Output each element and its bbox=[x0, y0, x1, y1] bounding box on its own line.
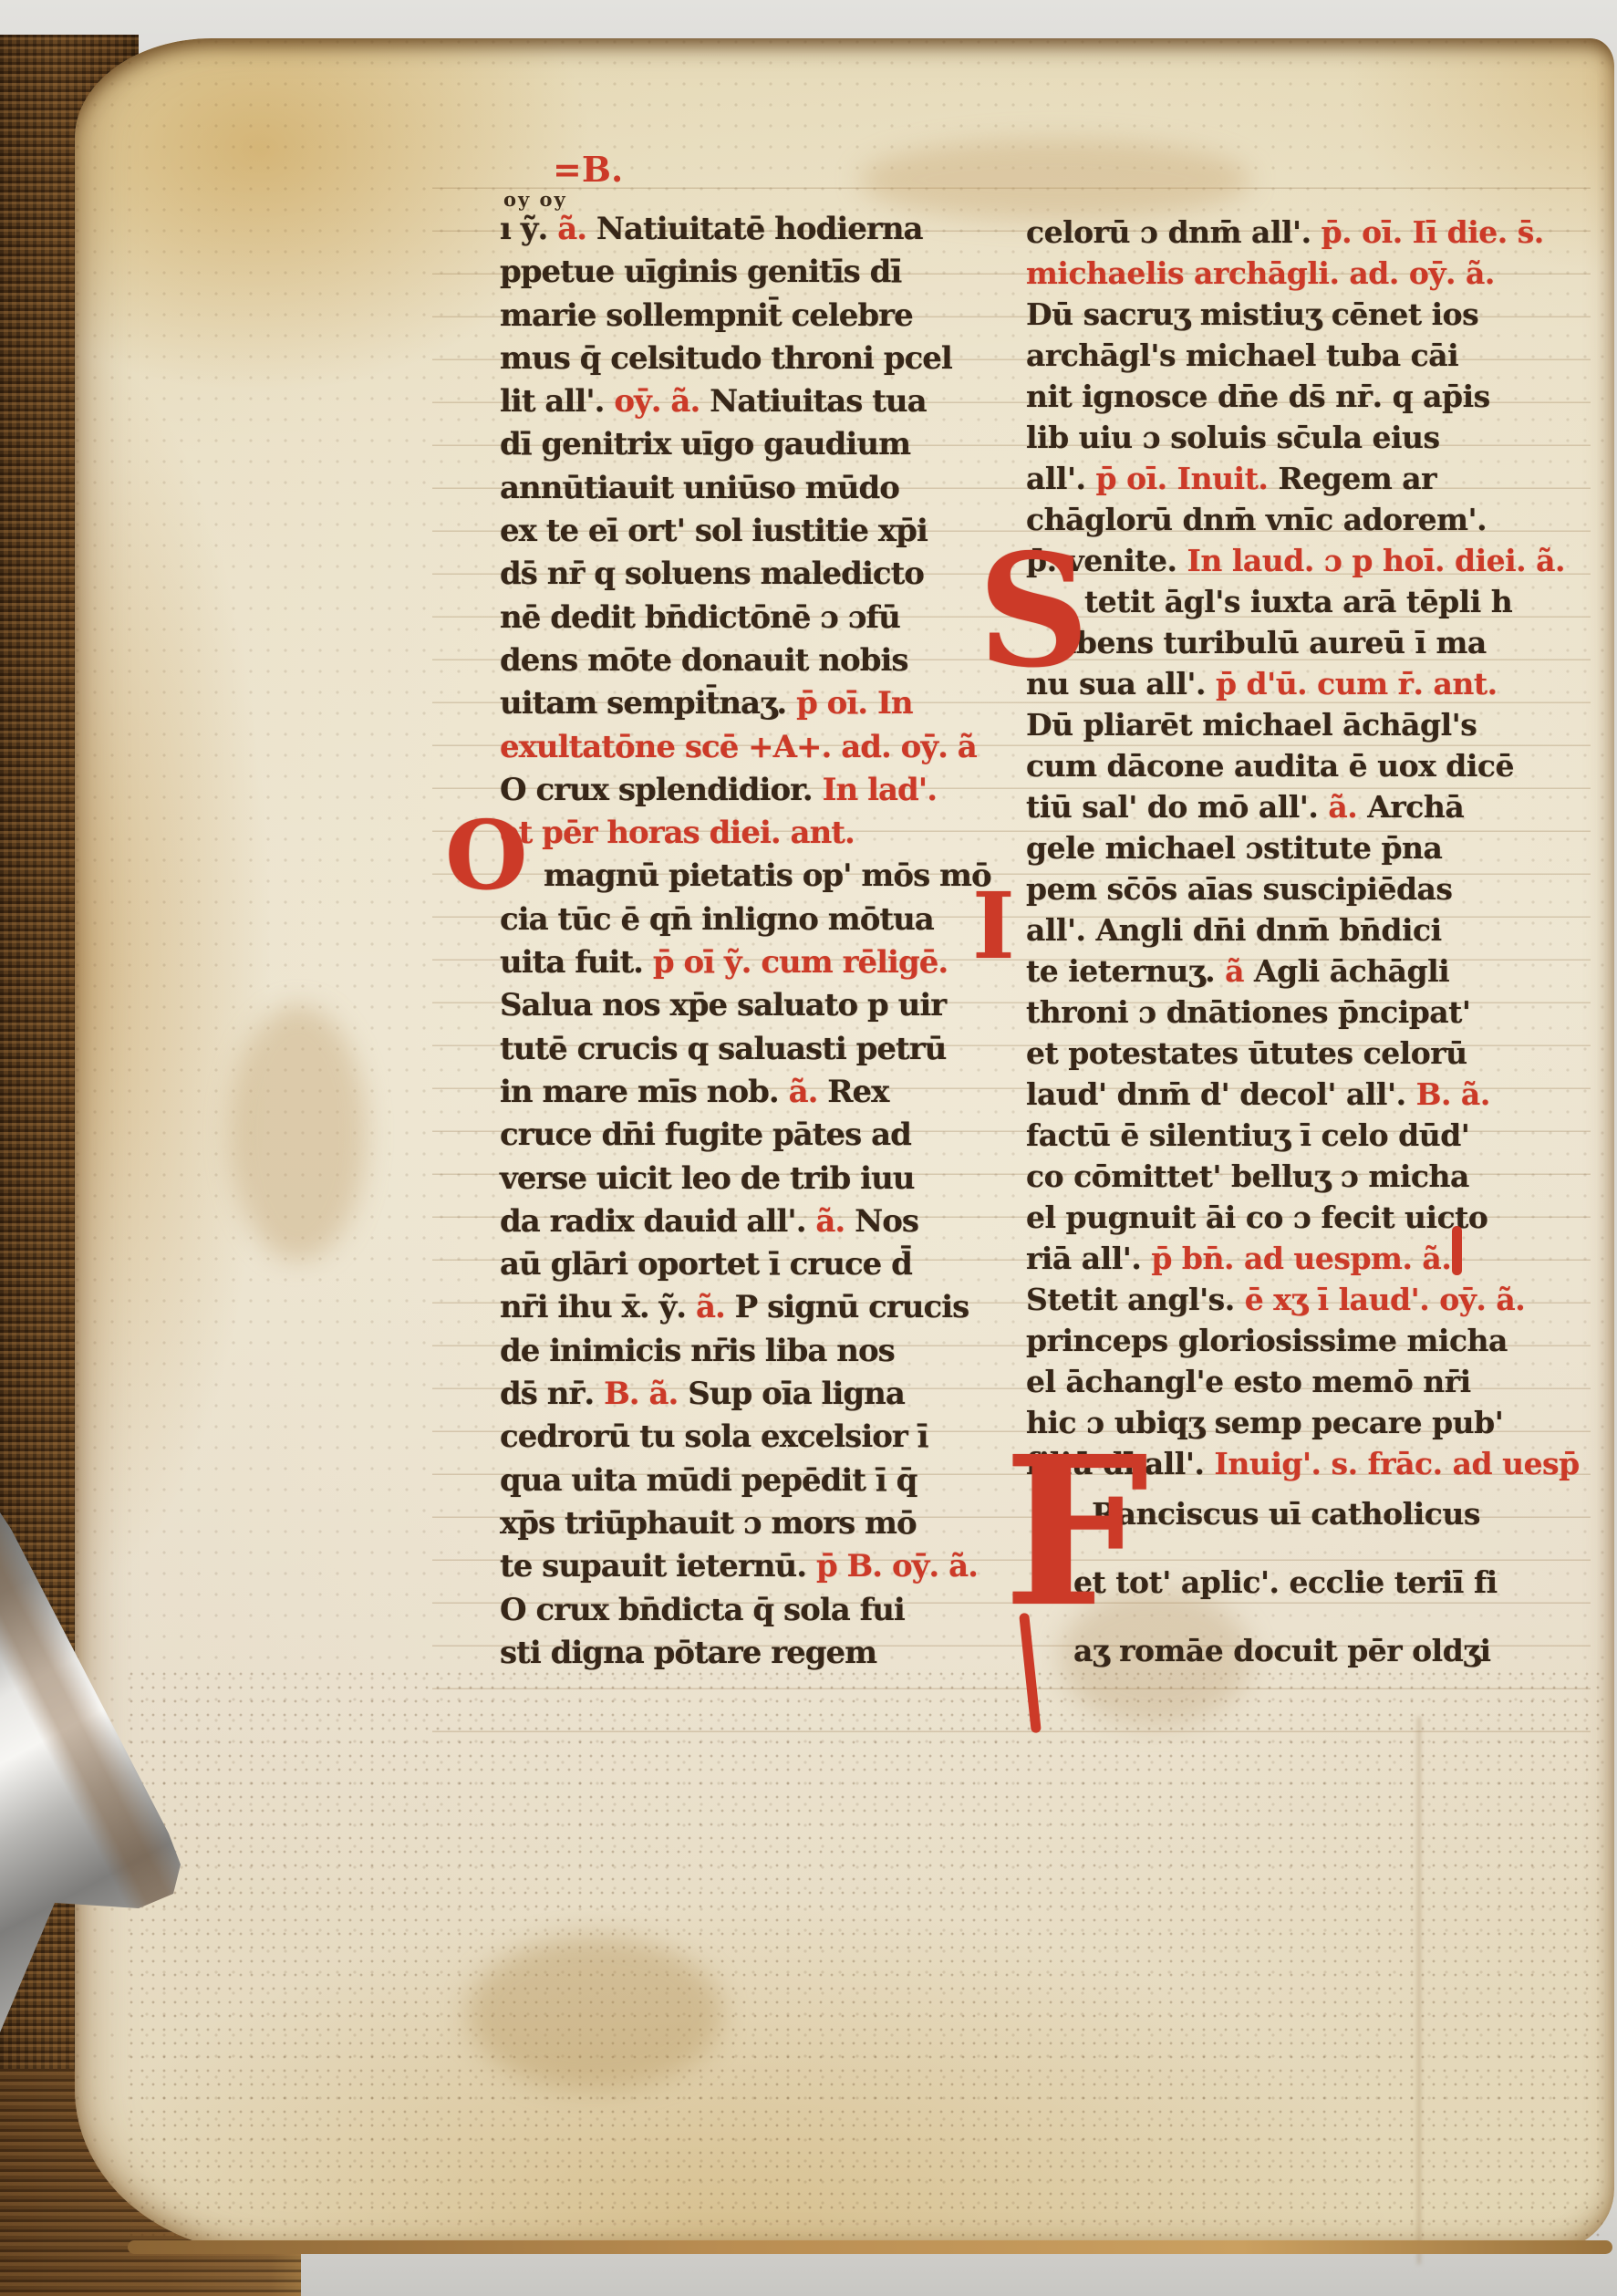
page-bottom-edge bbox=[128, 2240, 1612, 2254]
ink-text: nr̄i ihu x̄. ỹ. bbox=[500, 1289, 696, 1325]
text-line: ds̄ nr̄ q soluens maledicto bbox=[500, 553, 992, 596]
text-line: p̄. venite. In laud. ɔ p hoī. diei. ã. bbox=[1026, 540, 1617, 581]
text-line: mus q̄ celsitudo throni pcel bbox=[500, 338, 992, 380]
text-line: dī genitrix uīgo gaudium bbox=[500, 423, 992, 466]
text-line: el āchangl'e esto memō nr̄i bbox=[1026, 1361, 1617, 1402]
ink-text: de inimicis nr̄is liba nos bbox=[500, 1333, 895, 1369]
ink-text: aū glāri oportet ī cruce d̄ bbox=[500, 1246, 912, 1283]
ink-text: princeps gloriosissime micha bbox=[1026, 1323, 1508, 1358]
text-line: all'. Angli dn̄i dnm̄ bn̄dici bbox=[1026, 909, 1617, 951]
text-line: tetit āgl's iuxta arā tēpli h bbox=[1026, 581, 1617, 622]
ink-text: mus q̄ celsitudo throni pcel bbox=[500, 340, 952, 377]
text-line: cruce dn̄i fugite pātes ad bbox=[500, 1114, 992, 1157]
ink-text: el āchangl'e esto memō nr̄i bbox=[1026, 1364, 1471, 1399]
text-line: annūtiauit uniūso mūdo bbox=[500, 467, 992, 510]
ink-text: ds̄ nr̄ q soluens maledicto bbox=[500, 556, 924, 592]
text-line: Salua nos xp̄e saluato p uir bbox=[500, 984, 992, 1027]
text-line: michaelis archāgli. ad. oȳ. ã. bbox=[1026, 253, 1617, 294]
ink-text: Archā bbox=[1367, 789, 1464, 825]
rubric-text: B. ã. bbox=[1416, 1076, 1490, 1112]
text-line: ds̄ nr̄. B. ã. Sup oīa ligna bbox=[500, 1373, 992, 1416]
ink-text: celorū ɔ dnm̄ all'. bbox=[1026, 214, 1322, 250]
text-line: dens mōte donauit nobis bbox=[500, 639, 992, 682]
ink-text: Nos bbox=[855, 1203, 918, 1240]
ink-text: ds̄ nr̄. bbox=[500, 1376, 604, 1412]
text-line: te supauit ieternū. p̄ B. oȳ. ã. bbox=[500, 1545, 992, 1588]
ink-text: Natiuitas tua bbox=[710, 383, 927, 420]
text-line: nē dedit bn̄dictōnē ɔ ɔfū bbox=[500, 597, 992, 639]
text-line: da radix dauid all'. ã. Nos bbox=[500, 1200, 992, 1243]
parchment-speckle-dense bbox=[130, 1671, 1607, 2242]
ink-text: throni ɔ dnātiones p̄ncipat' bbox=[1026, 994, 1471, 1030]
rubric-text: Inuig'. s. frāc. ad uesp̄ bbox=[1214, 1446, 1579, 1481]
ink-text: in mare mīs nob. bbox=[500, 1074, 789, 1110]
ink-text: ex te eī ort' sol iustitie xp̄i bbox=[500, 513, 928, 549]
ink-text: te supauit ieternū. bbox=[500, 1548, 816, 1584]
ink-text: gele michael ɔstitute p̄na bbox=[1026, 830, 1442, 866]
ink-text: archāgl's michael tuba cāi bbox=[1026, 338, 1458, 373]
ink-text: dens mōte donauit nobis bbox=[500, 642, 908, 679]
ink-text: tetit āgl's iuxta arā tēpli h bbox=[1084, 584, 1512, 619]
text-line: uitam sempit̄naʒ. p̄ oī. In bbox=[500, 682, 992, 725]
text-line: lit all'. oȳ. ã. Natiuitas tua bbox=[500, 380, 992, 423]
ink-text: lit all'. bbox=[500, 383, 614, 420]
text-line: lib uiu ɔ soluis sc̄ula eius bbox=[1026, 417, 1617, 458]
text-column-left: ı ỹ. ã. Natiuitatē hodiernappetue uīgini… bbox=[500, 208, 992, 1675]
text-line: ex te eī ort' sol iustitie xp̄i bbox=[500, 510, 992, 553]
margin-note-B: =B. bbox=[553, 149, 623, 190]
ink-text: dī genitrix uīgo gaudium bbox=[500, 426, 910, 462]
text-line: tutē crucis q saluasti petrū bbox=[500, 1028, 992, 1071]
rubric-text: B. ã. bbox=[604, 1376, 688, 1412]
text-line: xp̄s triūphauit ɔ mors mō bbox=[500, 1502, 992, 1545]
rubric-text: p̄ d'ū. cum r̄. ant. bbox=[1216, 666, 1498, 701]
red-initial-O: O bbox=[445, 808, 528, 903]
rubric-text: ã. bbox=[789, 1074, 828, 1110]
text-line: qua uita mūdi pepēdit ī q̄ bbox=[500, 1460, 992, 1502]
rubric-text: ã bbox=[1225, 953, 1254, 989]
text-line: uita fuit. p̄ oī ỹ. cum rēligē. bbox=[500, 941, 992, 984]
ink-text: tutē crucis q saluasti petrū bbox=[500, 1031, 946, 1067]
text-line: princeps gloriosissime micha bbox=[1026, 1320, 1617, 1361]
ink-text: nē dedit bn̄dictōnē ɔ ɔfū bbox=[500, 599, 900, 636]
text-line: de inimicis nr̄is liba nos bbox=[500, 1330, 992, 1373]
rubric-text: ã. bbox=[696, 1289, 735, 1325]
interline-note: oy oy bbox=[503, 188, 567, 211]
text-line: celorū ɔ dnm̄ all'. p̄. oī. Iī die. s̄. bbox=[1026, 212, 1617, 253]
ink-text: pem sc̄ōs aīas suscipiēdas bbox=[1026, 871, 1453, 907]
text-line: O crux splendidior. In lad'. bbox=[500, 769, 992, 812]
ink-text: da radix dauid all'. bbox=[500, 1203, 815, 1240]
text-line: riā all'. p̄ bn̄. ad uespm. ã. bbox=[1026, 1238, 1617, 1279]
text-line: co cōmittet' belluʒ ɔ micha bbox=[1026, 1156, 1617, 1197]
text-line: sti digna pōtare regem bbox=[500, 1632, 992, 1675]
text-line: exultatōne scē +A+. ad. oȳ. ã bbox=[500, 726, 992, 769]
text-line: cum dācone audita ē uox dicē bbox=[1026, 745, 1617, 786]
ink-text: all'. Angli dn̄i dnm̄ bn̄dici bbox=[1026, 912, 1442, 948]
text-line: abens turibulū aureū ī ma bbox=[1026, 622, 1617, 663]
text-line: et potestates ūtutes celorū bbox=[1026, 1033, 1617, 1074]
rubric-text: p̄ oī. Inuit. bbox=[1096, 461, 1279, 496]
text-line: cia tūc ē qn̄ inligno mōtua bbox=[500, 899, 992, 941]
ink-text: Stetit angl's. bbox=[1026, 1282, 1245, 1317]
text-line: gele michael ɔstitute p̄na bbox=[1026, 827, 1617, 868]
red-margin-tick bbox=[1452, 1226, 1462, 1275]
ink-text: qua uita mūdi pepēdit ī q̄ bbox=[500, 1462, 917, 1499]
ink-text: riā all'. bbox=[1026, 1241, 1151, 1276]
ink-text: uitam sempit̄naʒ. bbox=[500, 685, 796, 722]
rubric-text: et pēr horas diei. ant. bbox=[500, 815, 855, 851]
text-line: throni ɔ dnātiones p̄ncipat' bbox=[1026, 992, 1617, 1033]
ink-text: O crux bn̄dicta q̄ sola fui bbox=[500, 1592, 905, 1628]
text-line: chāglorū dnm̄ vnīc adorem'. bbox=[1026, 499, 1617, 540]
text-line: cedrorū tu sola excelsior ī bbox=[500, 1416, 992, 1459]
text-line: factū ē silentiuʒ ī celo dūd' bbox=[1026, 1115, 1617, 1156]
ink-text: annūtiauit uniūso mūdo bbox=[500, 470, 899, 506]
text-line: tiū sal' do mō all'. ã. Archā bbox=[1026, 786, 1617, 827]
text-line: verse uicit leo de trib iuu bbox=[500, 1158, 992, 1200]
rubric-text: p̄ oī ỹ. cum rēligē. bbox=[653, 944, 948, 981]
ink-text: all'. bbox=[1026, 461, 1096, 496]
text-line: laud' dnm̄ d' decol' all'. B. ã. bbox=[1026, 1074, 1617, 1115]
parchment-crease bbox=[1417, 1717, 1421, 2264]
ink-text: cum dācone audita ē uox dicē bbox=[1026, 748, 1514, 784]
ink-text: Regem ar bbox=[1278, 461, 1436, 496]
ink-text: ı ỹ. bbox=[500, 211, 557, 247]
ink-text: abens turibulū aureū ī ma bbox=[1057, 625, 1487, 660]
ink-text: ppetue uīginis genitīs dī bbox=[500, 254, 901, 290]
ink-text: Ranciscus uī catholicus bbox=[1092, 1496, 1480, 1532]
rubric-text: exultatōne scē +A+. ad. oȳ. ã bbox=[500, 729, 977, 765]
ink-text: Natiuitatē hodierna bbox=[596, 211, 923, 247]
red-gutter-initial-I: I bbox=[972, 880, 1015, 971]
text-line: Dū pliarēt michael āchāgl's bbox=[1026, 704, 1617, 745]
rubric-text: ã. bbox=[815, 1203, 855, 1240]
ink-text: laud' dnm̄ d' decol' all'. bbox=[1026, 1076, 1416, 1112]
ink-text: cruce dn̄i fugite pātes ad bbox=[500, 1117, 911, 1153]
rubric-text: ē xʒ ī laud'. oȳ. ã. bbox=[1245, 1282, 1526, 1317]
text-line: archāgl's michael tuba cāi bbox=[1026, 335, 1617, 376]
ink-text: cia tūc ē qn̄ inligno mōtua bbox=[500, 901, 934, 938]
ink-text: P signū crucis bbox=[735, 1289, 969, 1325]
ink-text: Sup oīa ligna bbox=[688, 1376, 905, 1412]
ink-text: tiū sal' do mō all'. bbox=[1026, 789, 1328, 825]
text-line: aū glāri oportet ī cruce d̄ bbox=[500, 1243, 992, 1286]
ink-text: marie sollempnit̄ celebre bbox=[500, 297, 913, 334]
text-line: ı ỹ. ã. Natiuitatē hodierna bbox=[500, 208, 992, 251]
ink-text: xp̄s triūphauit ɔ mors mō bbox=[500, 1505, 917, 1542]
ink-text: Salua nos xp̄e saluato p uir bbox=[500, 987, 946, 1023]
ink-text: lib uiu ɔ soluis sc̄ula eius bbox=[1026, 420, 1440, 455]
ink-text: Agli āchāgli bbox=[1254, 953, 1449, 989]
ink-text: et potestates ūtutes celorū bbox=[1026, 1035, 1467, 1071]
ink-text: uita fuit. bbox=[500, 944, 653, 981]
ink-text: Dū pliarēt michael āchāgl's bbox=[1026, 707, 1477, 743]
red-initial-S: S bbox=[978, 534, 1090, 689]
text-line: ppetue uīginis genitīs dī bbox=[500, 251, 992, 294]
text-line: nit ignosce dn̄e ds̄ nr̄. q ap̄is bbox=[1026, 376, 1617, 417]
text-line: et pēr horas diei. ant. bbox=[500, 812, 992, 855]
ink-text: co cōmittet' belluʒ ɔ micha bbox=[1026, 1158, 1469, 1194]
rubric-text: p̄. oī. Iī die. s̄. bbox=[1322, 214, 1544, 250]
ink-text: el pugnuit āi co ɔ fecit uicto bbox=[1026, 1200, 1487, 1235]
text-line: Stetit angl's. ē xʒ ī laud'. oȳ. ã. bbox=[1026, 1279, 1617, 1320]
ink-text: te ieternuʒ. bbox=[1026, 953, 1225, 989]
ink-text: verse uicit leo de trib iuu bbox=[500, 1160, 915, 1197]
rubric-text: In laud. ɔ p hoī. diei. ã. bbox=[1187, 543, 1565, 578]
rubric-text: p̄ B. oȳ. ã. bbox=[816, 1548, 978, 1584]
rubric-text: oȳ. ã. bbox=[614, 383, 710, 420]
rubric-text: p̄ bn̄. ad uespm. ã. bbox=[1151, 1241, 1451, 1276]
manuscript-photo: ı ỹ. ã. Natiuitatē hodiernappetue uīgini… bbox=[0, 0, 1617, 2296]
ink-text: chāglorū dnm̄ vnīc adorem'. bbox=[1026, 502, 1487, 537]
ink-text: O crux splendidior. bbox=[500, 772, 823, 808]
rubric-text: p̄ oī. In bbox=[796, 685, 913, 722]
ink-text: nit ignosce dn̄e ds̄ nr̄. q ap̄is bbox=[1026, 379, 1490, 414]
text-line: nr̄i ihu x̄. ỹ. ã. P signū crucis bbox=[500, 1286, 992, 1329]
rubric-text: ã. bbox=[1328, 789, 1367, 825]
ink-text: Rex bbox=[827, 1074, 888, 1110]
parchment-stain bbox=[467, 1936, 722, 2091]
text-line: in mare mīs nob. ã. Rex bbox=[500, 1071, 992, 1114]
ink-text: magnū pietatis op' mōs mō bbox=[544, 857, 991, 894]
ink-text: factū ē silentiuʒ ī celo dūd' bbox=[1026, 1117, 1469, 1153]
ink-text: cedrorū tu sola excelsior ī bbox=[500, 1418, 928, 1455]
text-line: Dū sacruʒ mistiuʒ cēnet ios bbox=[1026, 294, 1617, 335]
text-line: marie sollempnit̄ celebre bbox=[500, 295, 992, 338]
parchment-stain bbox=[230, 1005, 367, 1261]
text-line: nu sua all'. p̄ d'ū. cum r̄. ant. bbox=[1026, 663, 1617, 704]
text-line: el pugnuit āi co ɔ fecit uicto bbox=[1026, 1197, 1617, 1238]
text-line: O crux bn̄dicta q̄ sola fui bbox=[500, 1589, 992, 1632]
text-line: magnū pietatis op' mōs mō bbox=[500, 855, 992, 898]
rubric-text: michaelis archāgli. ad. oȳ. ã. bbox=[1026, 255, 1495, 291]
rubric-text: ã. bbox=[557, 211, 596, 247]
text-line: te ieternuʒ. ã Agli āchāgli bbox=[1026, 951, 1617, 992]
text-line: all'. p̄ oī. Inuit. Regem ar bbox=[1026, 458, 1617, 499]
ink-text: sti digna pōtare regem bbox=[500, 1635, 876, 1671]
rubric-text: In lad'. bbox=[823, 772, 937, 808]
text-line: pem sc̄ōs aīas suscipiēdas bbox=[1026, 868, 1617, 909]
ink-text: Dū sacruʒ mistiuʒ cēnet ios bbox=[1026, 296, 1478, 332]
red-initial-F: F bbox=[1003, 1430, 1149, 1636]
